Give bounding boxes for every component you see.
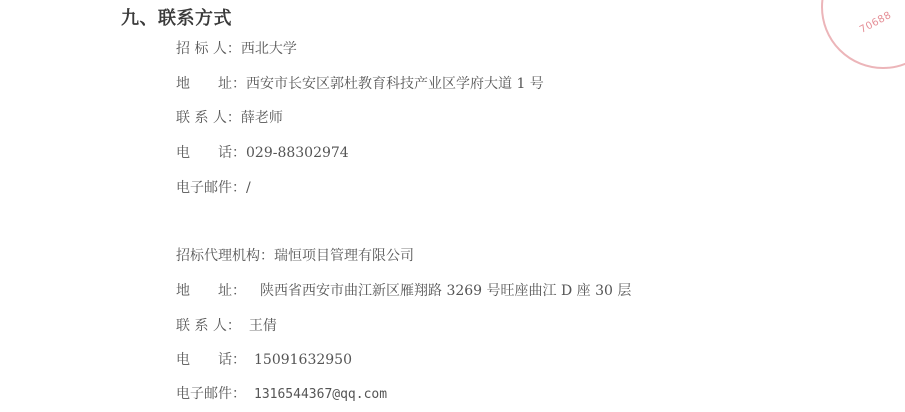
tenderer-name-row: 招 标 人：西北大学 — [176, 39, 297, 59]
agency-contact-label: 联 系 人： — [176, 316, 241, 336]
tenderer-email-row: 电子邮件：/ — [176, 178, 251, 198]
agency-name: 瑞恒项目管理有限公司 — [274, 246, 414, 266]
tenderer-phone-row: 电 话：029-88302974 — [176, 143, 349, 163]
agency-email-row: 电子邮件：1316544367@qq.com — [176, 384, 387, 405]
agency-email-label: 电子邮件： — [176, 384, 246, 404]
tenderer-email: / — [246, 178, 251, 198]
agency-address-row: 地 址：陕西省西安市曲江新区雁翔路 3269 号旺座曲江 D 座 30 层 — [176, 281, 631, 301]
tenderer-contact-label: 联 系 人： — [176, 108, 241, 128]
agency-phone-label: 电 话： — [176, 350, 246, 370]
agency-address: 陕西省西安市曲江新区雁翔路 3269 号旺座曲江 D 座 30 层 — [260, 281, 631, 301]
agency-name-row: 招标代理机构：瑞恒项目管理有限公司 — [176, 246, 414, 266]
tenderer-contact-row: 联 系 人：薛老师 — [176, 108, 283, 128]
agency-address-label: 地 址： — [176, 281, 246, 301]
agency-phone-row: 电 话：15091632950 — [176, 350, 352, 370]
tenderer-address-row: 地 址：西安市长安区郭杜教育科技产业区学府大道 1 号 — [176, 74, 544, 94]
tenderer-phone: 029-88302974 — [246, 143, 349, 163]
tenderer-email-label: 电子邮件： — [176, 178, 246, 198]
tenderer-address-label: 地 址： — [176, 74, 246, 94]
agency-contact: 王倩 — [249, 316, 277, 336]
tenderer-contact: 薛老师 — [241, 108, 283, 128]
tenderer-address: 西安市长安区郭杜教育科技产业区学府大道 1 号 — [246, 74, 544, 94]
tenderer-phone-label: 电 话： — [176, 143, 246, 163]
section-title: 九、联系方式 — [121, 4, 232, 30]
agency-phone: 15091632950 — [254, 350, 352, 370]
tenderer-name-label: 招 标 人： — [176, 39, 241, 59]
agency-email: 1316544367@qq.com — [254, 385, 387, 405]
tenderer-name: 西北大学 — [241, 39, 297, 59]
agency-name-label: 招标代理机构： — [176, 246, 274, 266]
agency-contact-row: 联 系 人：王倩 — [176, 316, 277, 336]
